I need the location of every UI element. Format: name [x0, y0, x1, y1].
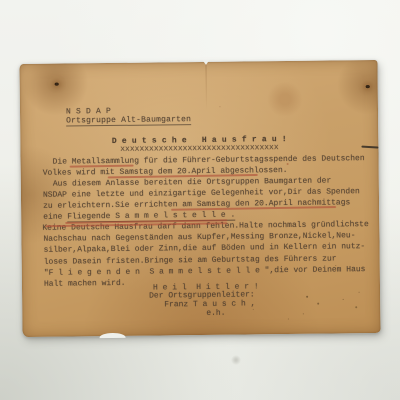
- pinhole-left: [55, 83, 59, 86]
- paper-specks: [19, 64, 21, 66]
- group-name: Ortsgruppe Alt-Baumgarten: [66, 115, 191, 126]
- paper-chip-bottom: [100, 333, 126, 338]
- pinhole-right: [366, 85, 370, 88]
- paragraph2-line1: Aus diesem Anlasse bereiten die Ortsgrup…: [53, 177, 332, 189]
- paragraph3-line4: loses Dasein fristen.Bringe sie am Gebur…: [44, 254, 337, 266]
- signature-suffix: e.h.: [206, 309, 225, 318]
- paragraph3-line6: Halt machen wird.: [44, 279, 126, 289]
- paper-crease: [205, 62, 207, 110]
- document-paper: N S D A P Ortsgruppe Alt-Baumgarten D e …: [19, 60, 380, 337]
- paragraph2-line4-lead: eine: [43, 213, 67, 222]
- paragraph3-line5: "F l i e g e n d e n S a m m e l s t e l…: [44, 265, 366, 278]
- photo-background: N S D A P Ortsgruppe Alt-Baumgarten D e …: [0, 0, 400, 400]
- paragraph3-line3: silber,Alpaka,Blei oder Zinn,die auf Böd…: [44, 242, 366, 255]
- paper-chip-top: [202, 60, 209, 65]
